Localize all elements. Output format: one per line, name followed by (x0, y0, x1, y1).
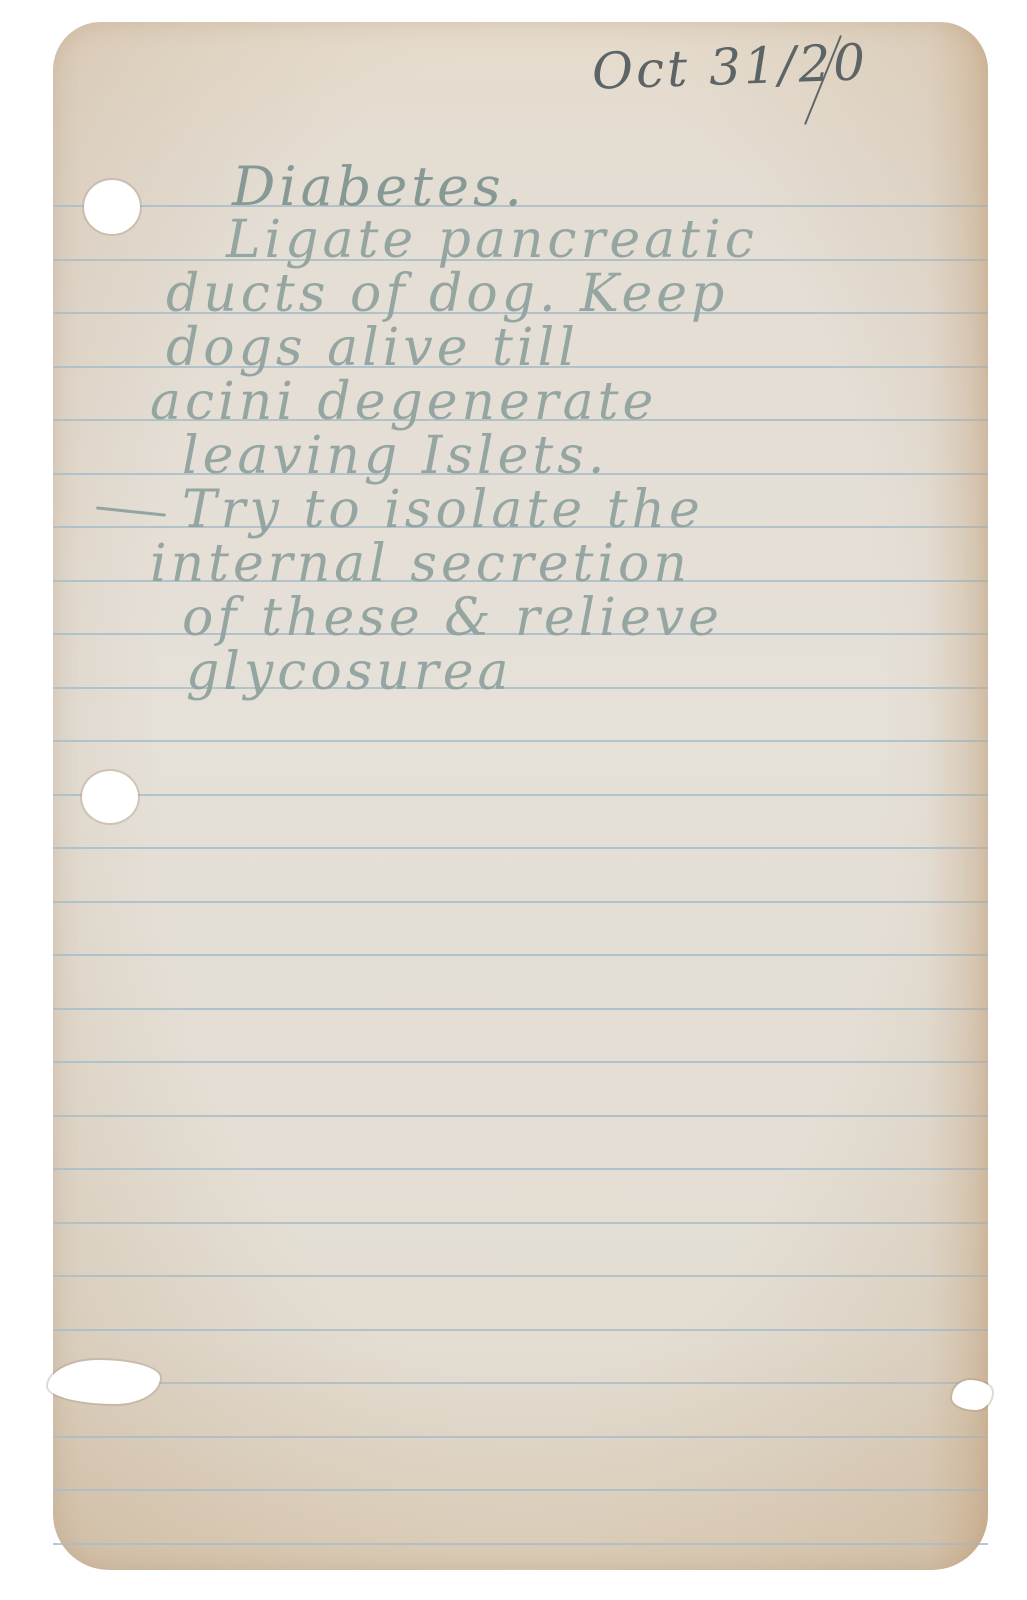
note-line-6: Try to isolate the (182, 484, 704, 536)
ruled-line (53, 847, 988, 849)
punch-hole-middle (82, 771, 138, 823)
note-line-4: acini degenerate (150, 376, 657, 428)
ruled-line (53, 1061, 988, 1063)
note-line-1: Ligate pancreatic (226, 214, 758, 266)
punch-hole-bottom-torn (48, 1360, 160, 1404)
punch-hole-top (84, 180, 140, 234)
note-heading: Diabetes. (232, 160, 526, 214)
ruled-line (53, 1168, 988, 1170)
ruled-line (53, 1489, 988, 1491)
note-line-3: dogs alive till (166, 322, 579, 374)
note-line-9: glycosurea (186, 646, 513, 698)
torn-notch-right (952, 1380, 992, 1410)
note-line-7: internal secretion (150, 538, 691, 590)
note-line-2: ducts of dog. Keep (166, 268, 728, 320)
note-line-5: leaving Islets. (182, 430, 608, 482)
ruled-line (53, 1008, 988, 1010)
ruled-line (53, 1543, 988, 1545)
ruled-line (53, 1222, 988, 1224)
ruled-line (53, 740, 988, 742)
ruled-line (53, 1115, 988, 1117)
ruled-line (53, 1329, 988, 1331)
ruled-line (53, 1275, 988, 1277)
ruled-line (53, 1436, 988, 1438)
note-line-8: of these & relieve (182, 592, 723, 644)
ruled-line (53, 901, 988, 903)
ruled-line (53, 794, 988, 796)
ruled-line (53, 1382, 988, 1384)
ruled-line (53, 954, 988, 956)
